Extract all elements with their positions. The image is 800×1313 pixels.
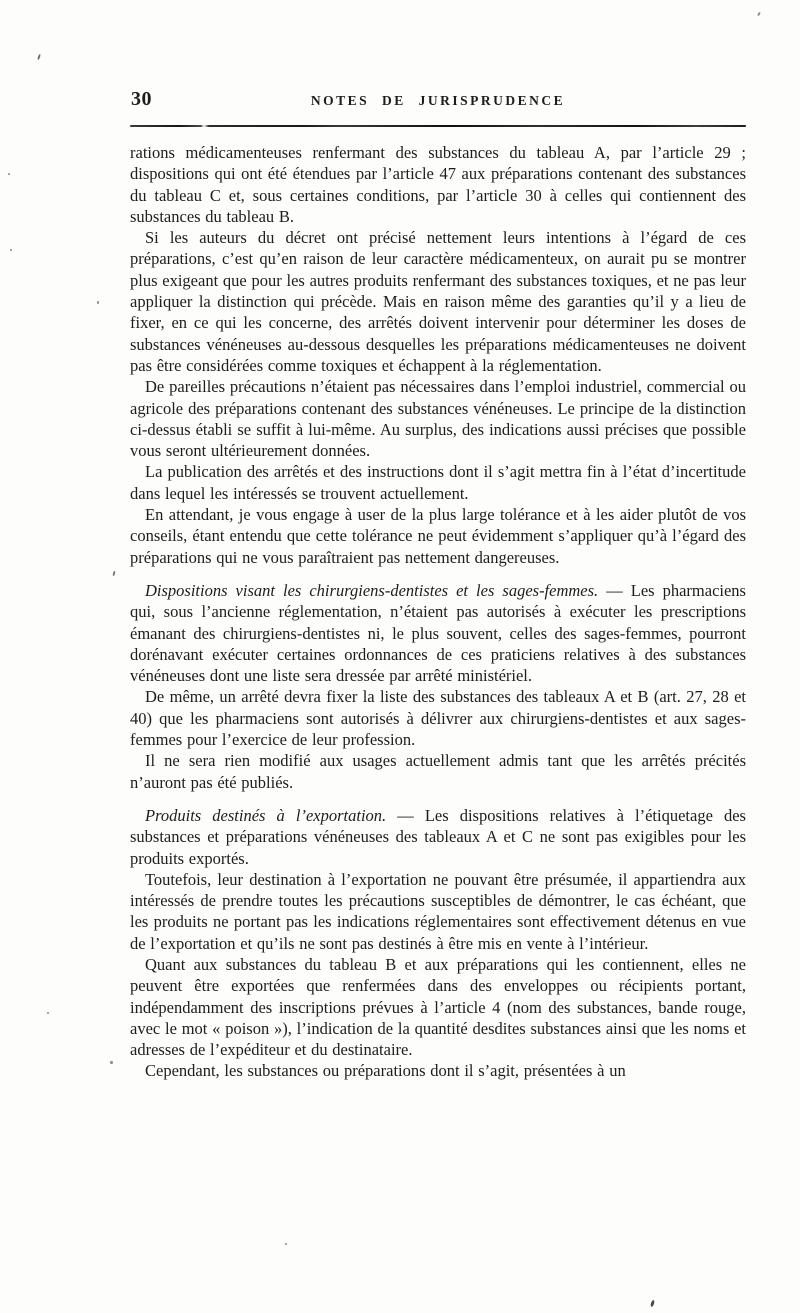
paragraph-last-incomplete: Cependant, les substances ou préparation…: [130, 1060, 746, 1081]
scan-speck: [10, 249, 12, 251]
scan-speck: [37, 54, 41, 60]
text-segment: De pareilles précautions n’étaient pas n…: [130, 377, 746, 460]
section-lead-italic: Dispositions visant les chirurgiens-dent…: [145, 581, 598, 600]
paragraph: En attendant, je vous engage à user de l…: [130, 504, 746, 568]
scan-speck: [8, 173, 10, 175]
text-column: 30 NOTES DE JURISPRUDENCE rations médica…: [130, 88, 746, 1082]
scan-speck: [110, 1061, 113, 1064]
body-text: rations médicamenteuses renfermant des s…: [130, 142, 746, 1082]
scan-speck: [650, 1300, 655, 1308]
running-header: 30 NOTES DE JURISPRUDENCE: [130, 88, 746, 114]
running-title: NOTES DE JURISPRUDENCE: [130, 93, 746, 109]
section-lead-italic: Produits destinés à l’exportation.: [145, 806, 386, 825]
paragraph: La publication des arrêtés et des instru…: [130, 461, 746, 504]
paragraph: Il ne sera rien modifié aux usages actue…: [130, 750, 746, 793]
text-segment: La publication des arrêtés et des instru…: [130, 462, 746, 502]
text-segment: Quant aux substances du tableau B et aux…: [130, 955, 746, 1059]
paragraph: Toutefois, leur destination à l’exportat…: [130, 869, 746, 954]
paragraph-continuation: rations médicamenteuses renfermant des s…: [130, 142, 746, 227]
scan-speck: [47, 1012, 49, 1014]
paragraph: De pareilles précautions n’étaient pas n…: [130, 376, 746, 461]
paragraph-section-dentistes-sages-femmes: Dispositions visant les chirurgiens-dent…: [130, 580, 746, 686]
text-segment: Toutefois, leur destination à l’exportat…: [130, 870, 746, 953]
scan-speck: [97, 301, 99, 304]
scan-speck: [757, 12, 761, 16]
text-segment: rations médicamenteuses renfermant des s…: [130, 143, 746, 226]
paragraph: Quant aux substances du tableau B et aux…: [130, 954, 746, 1060]
paragraph: Si les auteurs du décret ont précisé net…: [130, 227, 746, 376]
text-segment: Il ne sera rien modifié aux usages actue…: [130, 751, 746, 791]
header-rule: [130, 125, 746, 127]
scanned-book-page: 30 NOTES DE JURISPRUDENCE rations médica…: [0, 0, 800, 1313]
text-segment: De même, un arrêté devra fixer la liste …: [130, 687, 746, 749]
scan-speck: [285, 1243, 287, 1245]
paragraph: De même, un arrêté devra fixer la liste …: [130, 686, 746, 750]
text-segment: Si les auteurs du décret ont précisé net…: [130, 228, 746, 375]
paragraph-section-exportation: Produits destinés à l’exportation. — Les…: [130, 805, 746, 869]
text-segment: Cependant, les substances ou préparation…: [145, 1061, 626, 1080]
scan-speck: [112, 571, 115, 576]
text-segment: En attendant, je vous engage à user de l…: [130, 505, 746, 567]
